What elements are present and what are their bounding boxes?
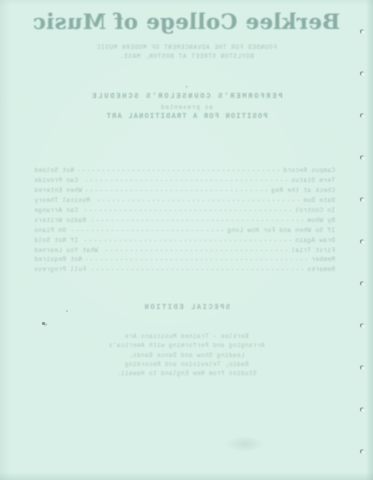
dotted-leader bbox=[70, 230, 223, 231]
section-text: Berklee - Trained Musicians Are Arrangin… bbox=[0, 332, 373, 378]
section-heading: SPECIAL EDITION bbox=[0, 304, 373, 312]
form-row: RemarksFull Progress bbox=[34, 265, 335, 275]
dotted-leader bbox=[102, 250, 287, 251]
form-row-value: What You Learned bbox=[34, 247, 98, 254]
form-row-label: Campus Record bbox=[283, 167, 335, 174]
form-row-value: Not Required bbox=[34, 256, 82, 263]
title-line-1: PERFORMER'S COUNSELOR'S SCHEDULE bbox=[0, 93, 373, 101]
title-mark: * bbox=[0, 85, 373, 92]
form-row: Date DueMusical Theory bbox=[34, 196, 335, 206]
section-line: Studios from New England to Hawaii. bbox=[0, 369, 373, 378]
paper-stain bbox=[225, 436, 265, 452]
ink-speck bbox=[66, 310, 68, 312]
punch-hole bbox=[361, 198, 365, 202]
form-row-label: By Whom bbox=[307, 217, 335, 224]
dotted-leader bbox=[82, 210, 291, 211]
punch-hole bbox=[361, 450, 365, 454]
form-row-value: On Piano bbox=[34, 227, 66, 234]
form-field-list: Campus RecordNot Soloed Term StatusCan P… bbox=[34, 166, 335, 275]
bleed-through-layer: Berklee College of Music FOUNDED FOR THE… bbox=[0, 0, 373, 480]
section-line: Berklee - Trained Musicians Are bbox=[0, 332, 373, 341]
form-row-label: Date Due bbox=[303, 197, 335, 204]
dotted-leader bbox=[82, 240, 291, 241]
dotted-leader bbox=[90, 269, 303, 270]
form-row-value: When Entered bbox=[34, 187, 82, 194]
form-row-value: Can Arrange bbox=[34, 207, 78, 214]
punch-hole bbox=[361, 30, 365, 34]
form-row-label: Term Status bbox=[291, 177, 335, 184]
address-line-1: FOUNDED FOR THE ADVANCEMENT OF MODERN MU… bbox=[0, 44, 373, 51]
scanned-page: Berklee College of Music FOUNDED FOR THE… bbox=[0, 0, 373, 480]
punch-hole bbox=[361, 72, 365, 76]
punch-hole bbox=[361, 240, 365, 244]
form-row-value: Can Provide bbox=[34, 177, 78, 184]
punch-hole bbox=[361, 114, 365, 118]
address-line-2: BOYLSTON STREET AT BOSTON, MASS. bbox=[0, 53, 373, 60]
form-row-label: Check at the Reg bbox=[271, 187, 335, 194]
dotted-leader bbox=[78, 170, 279, 171]
punch-hole bbox=[361, 324, 365, 328]
form-row: If So When and For How LongOn Piano bbox=[34, 225, 335, 235]
title-line-3: POSITION FOR A TRADITIONAL ART bbox=[0, 113, 373, 121]
form-row-label: If So When and For How Long bbox=[227, 227, 335, 234]
section-line: Arranging and Performing with America's bbox=[0, 341, 373, 350]
form-row-value: Musical Theory bbox=[34, 197, 90, 204]
punch-hole bbox=[361, 408, 365, 412]
title-line-2: as presented bbox=[0, 104, 373, 111]
form-row-value: Radio Writers bbox=[34, 217, 86, 224]
form-row-label: In Control bbox=[295, 207, 335, 214]
form-row: Draw AgainIf Not Sold bbox=[34, 235, 335, 245]
dotted-leader bbox=[90, 220, 303, 221]
dotted-leader bbox=[86, 190, 267, 191]
punch-hole bbox=[361, 156, 365, 160]
college-logo-text: Berklee College of Music bbox=[0, 9, 373, 34]
form-row-value: Full Progress bbox=[34, 266, 86, 273]
form-row: By WhomRadio Writers bbox=[34, 215, 335, 225]
section-line: Leading Show and Dance Bands, bbox=[0, 351, 373, 360]
form-row: Campus RecordNot Soloed bbox=[34, 166, 335, 176]
form-row-label: Remarks bbox=[307, 266, 335, 273]
form-row: In ControlCan Arrange bbox=[34, 206, 335, 216]
form-row: First TrialWhat You Learned bbox=[34, 245, 335, 255]
form-row-label: Draw Again bbox=[295, 237, 335, 244]
punch-hole bbox=[361, 366, 365, 370]
dotted-leader bbox=[86, 259, 307, 260]
section-line: Radio, Television and Recording bbox=[0, 360, 373, 369]
ink-speck bbox=[42, 322, 45, 325]
punch-hole bbox=[361, 282, 365, 286]
form-row: MemberNot Required bbox=[34, 255, 335, 265]
dotted-leader bbox=[94, 200, 299, 201]
dotted-leader bbox=[82, 180, 287, 181]
form-row-label: Member bbox=[311, 256, 335, 263]
form-row-value: Not Soloed bbox=[34, 167, 74, 174]
form-row-value: If Not Sold bbox=[34, 237, 78, 244]
form-row: Check at the RegWhen Entered bbox=[34, 186, 335, 196]
form-row: Term StatusCan Provide bbox=[34, 176, 335, 186]
form-row-label: First Trial bbox=[291, 247, 335, 254]
